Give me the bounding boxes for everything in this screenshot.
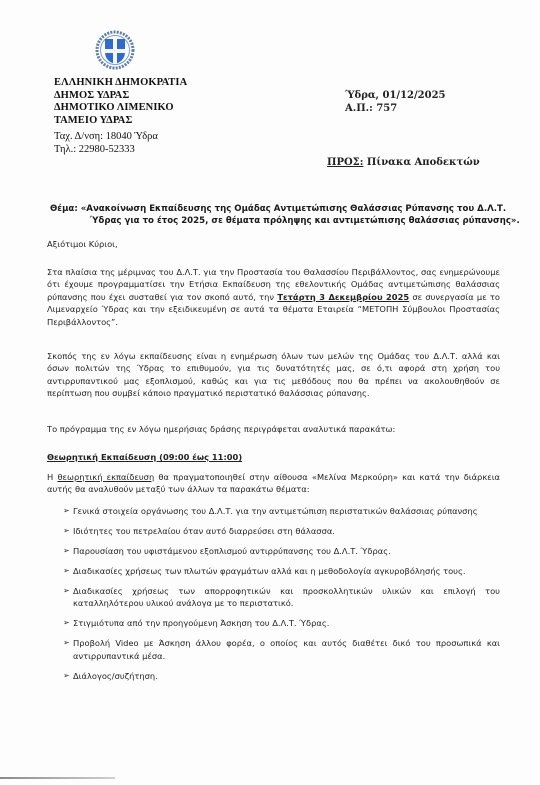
- list-item: ➢Στιγμιότυπα από την προηγούμενη Άσκηση …: [63, 617, 500, 629]
- salutation: Αξιότιμοι Κύριοι,: [47, 238, 500, 250]
- subject: Θέμα: «Ανακοίνωση Εκπαίδευσης της Ομάδας…: [50, 203, 500, 227]
- event-date-highlight: Τετάρτη 3 Δεκεμβρίου 2025: [277, 292, 409, 302]
- list-item: ➢Διάλογος/συζήτηση.: [63, 670, 500, 682]
- subject-line-2: Ύδρας για το έτος 2025, σε θέματα πρόληψ…: [50, 215, 500, 227]
- contact-block: Ταχ. Δ/νση: 18040 Ύδρα Τηλ.: 22980-52333: [54, 130, 158, 156]
- list-item: ➢Διαδικασίες χρήσεως των πλωτών φραγμάτω…: [63, 565, 500, 577]
- list-item-text: Στιγμιότυπα από την προηγούμενη Άσκηση τ…: [73, 617, 500, 629]
- arrow-bullet-icon: ➢: [63, 617, 70, 629]
- greek-coat-of-arms-icon: [95, 30, 135, 70]
- arrow-bullet-icon: ➢: [63, 505, 70, 517]
- phone: Τηλ.: 22980-52333: [54, 143, 158, 156]
- protocol-number: Α.Π.: 757: [345, 102, 445, 115]
- recipient-label: ΠΡΟΣ:: [327, 157, 363, 168]
- list-item-text: Ιδιότητες του πετρελαίου όταν αυτό διαρρ…: [73, 525, 500, 537]
- arrow-bullet-icon: ➢: [63, 670, 70, 682]
- org-line: ΔΗΜΟΣ ΥΔΡΑΣ: [54, 90, 187, 103]
- list-item-text: Προβολή Video με Άσκηση άλλου φορέα, ο ο…: [73, 637, 500, 662]
- section-title: Θεωρητική Εκπαίδευση (09:00 έως 11:00): [47, 452, 242, 462]
- list-item: ➢Παρουσίαση του υφιστάμενου εξοπλισμού α…: [63, 545, 500, 557]
- list-item-text: Γενικά στοιχεία οργάνωσης του Δ.Λ.Τ. για…: [73, 505, 500, 517]
- list-item-text: Παρουσίαση του υφιστάμενου εξοπλισμού αν…: [73, 545, 500, 557]
- arrow-bullet-icon: ➢: [63, 637, 70, 649]
- org-line: ΕΛΛΗΝΙΚΗ ΔΗΜΟΚΡΑΤΙΑ: [54, 77, 187, 90]
- arrow-bullet-icon: ➢: [63, 525, 70, 537]
- list-item-text: Διαδικασίες χρήσεως των απορροφητικών κα…: [73, 585, 500, 610]
- list-item: ➢Διαδικασίες χρήσεως των απορροφητικών κ…: [63, 585, 500, 610]
- org-line: ΤΑΜΕΙΟ ΥΔΡΑΣ: [54, 115, 187, 128]
- section-intro-text: Η: [47, 472, 57, 482]
- meta-block: Ύδρα, 01/12/2025 Α.Π.: 757: [345, 89, 445, 115]
- list-item-text: Διαδικασίες χρήσεως των πλωτών φραγμάτων…: [73, 565, 500, 577]
- recipient-value: Πίνακα Αποδεκτών: [363, 157, 479, 168]
- address: Ταχ. Δ/νση: 18040 Ύδρα: [54, 130, 158, 143]
- org-line: ΔΗΜΟΤΙΚΟ ΛΙΜΕΝΙΚΟ: [54, 102, 187, 115]
- paragraph-program: Το πρόγραμμα της εν λόγω ημερήσιας δράση…: [47, 423, 500, 435]
- paragraph-purpose: Σκοπός της εν λόγω εκπαίδευσης είναι η ε…: [47, 350, 500, 400]
- subject-line-1: Θέμα: «Ανακοίνωση Εκπαίδευσης της Ομάδας…: [50, 203, 500, 215]
- section-intro-underlined: θεωρητική εκπαίδευση: [57, 472, 154, 482]
- scan-edge-divider: [0, 777, 115, 779]
- section-intro: Η θεωρητική εκπαίδευση θα πραγματοποιηθε…: [47, 471, 500, 496]
- list-item: ➢Ιδιότητες του πετρελαίου όταν αυτό διαρ…: [63, 525, 500, 537]
- list-item-text: Διάλογος/συζήτηση.: [73, 670, 500, 682]
- list-item: ➢Προβολή Video με Άσκηση άλλου φορέα, ο …: [63, 637, 500, 662]
- arrow-bullet-icon: ➢: [63, 545, 70, 557]
- recipient: ΠΡΟΣ: Πίνακα Αποδεκτών: [327, 157, 480, 168]
- place-date: Ύδρα, 01/12/2025: [345, 89, 445, 102]
- topics-list: ➢Γενικά στοιχεία οργάνωσης του Δ.Λ.Τ. γι…: [63, 505, 500, 690]
- arrow-bullet-icon: ➢: [63, 565, 70, 577]
- document-page: ΕΛΛΗΝΙΚΗ ΔΗΜΟΚΡΑΤΙΑ ΔΗΜΟΣ ΥΔΡΑΣ ΔΗΜΟΤΙΚΟ…: [0, 0, 540, 785]
- paragraph-intro: Στα πλαίσια της μέριμνας του Δ.Λ.Τ. για …: [47, 266, 500, 328]
- organization-block: ΕΛΛΗΝΙΚΗ ΔΗΜΟΚΡΑΤΙΑ ΔΗΜΟΣ ΥΔΡΑΣ ΔΗΜΟΤΙΚΟ…: [54, 77, 187, 127]
- list-item: ➢Γενικά στοιχεία οργάνωσης του Δ.Λ.Τ. γι…: [63, 505, 500, 517]
- arrow-bullet-icon: ➢: [63, 585, 70, 597]
